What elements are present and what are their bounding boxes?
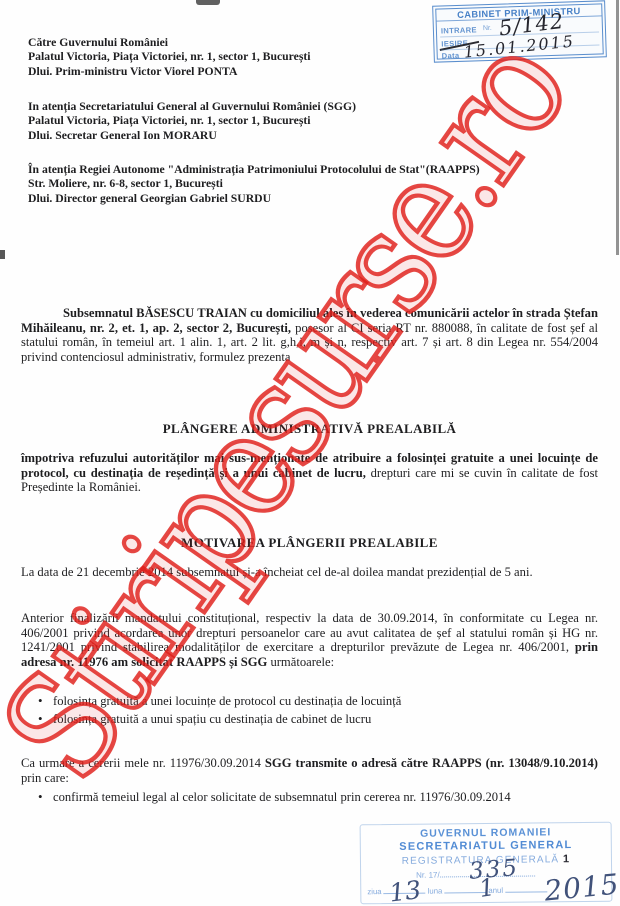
stamp-registratura-generala: GUVERNUL ROMANIEI SECRETARIATUL GENERAL … <box>360 822 613 905</box>
year-line <box>505 891 547 892</box>
recipient-line: Palatul Victoria, Piața Victoriei, nr. 1… <box>28 114 594 128</box>
recipient-line: Str. Moliere, nr. 6-8, sector 1, Bucureș… <box>28 177 594 191</box>
reply-regular-tail: prin care: <box>21 771 69 785</box>
stamp-data-label: Data <box>442 51 460 61</box>
registry-number: 1 <box>563 853 570 865</box>
stamp-nr-label: Nr. <box>483 25 492 32</box>
handwritten-day: 13 <box>388 875 423 906</box>
paragraph-intro: Subsemnatul BĂSESCU TRAIAN cu domiciliul… <box>21 306 598 365</box>
stamp-dept-line: SECRETARIATUL GENERAL <box>361 839 611 854</box>
reply-bold-segment: SGG transmite o adresă către RAAPPS (nr.… <box>265 756 598 770</box>
stamp-cabinet-prim-ministru: CABINET PRIM-MINISTRU INTRARE Nr. IEȘIRE… <box>432 0 607 62</box>
request-list: folosința gratuită a unei locuințe de pr… <box>21 694 598 730</box>
recipient-line: In atenția Secretariatului General al Gu… <box>28 100 594 114</box>
scan-artifact-left <box>0 250 5 259</box>
recipient-line: Dlui. Secretar General Ion MORARU <box>28 129 594 143</box>
paragraph-sgg-reply: Ca urmare a cererii mele nr. 11976/30.09… <box>21 756 598 785</box>
list-item: folosința gratuită a unui spațiu cu dest… <box>21 712 598 727</box>
stamp-intrare-label: INTRARE <box>441 25 477 35</box>
paragraph-legal-basis: Anterior finalizării mandatului constitu… <box>21 611 598 670</box>
title-motivare: MOTIVAREA PLÂNGERII PREALABILE <box>21 535 598 551</box>
handwritten-year: 2015 <box>543 867 620 906</box>
list-item: folosința gratuită a unei locuințe de pr… <box>21 694 598 709</box>
recipient-line: În atenția Regiei Autonome "Administrați… <box>28 163 594 177</box>
scan-artifact-right-edge <box>616 0 619 255</box>
paragraph-mandate-end: La data de 21 decembrie 2014 subsemnatul… <box>21 565 598 580</box>
recipient-block-raapps: În atenția Regiei Autonome "Administrați… <box>28 163 594 206</box>
confirmation-list: confirmă temeiul legal al celor solicita… <box>21 790 598 808</box>
title-plangere: PLÂNGERE ADMINISTRATIVĂ PREALABILĂ <box>21 421 598 437</box>
handwritten-registry-number: 335 <box>468 855 520 885</box>
month-label: luna <box>428 886 443 895</box>
recipient-block-sgg: In atenția Secretariatului General al Gu… <box>28 100 594 143</box>
legal-regular-segment: Anterior finalizării mandatului constitu… <box>21 611 598 654</box>
recipient-line: Dlui. Director general Georgian Gabriel … <box>28 192 594 206</box>
recipient-line: Dlui. Prim-ministru Victor Viorel PONTA <box>28 65 594 79</box>
legal-regular-tail: următoarele: <box>267 655 334 669</box>
paragraph-object: împotriva refuzului autorităților mai su… <box>21 451 598 495</box>
day-label: ziua <box>367 887 381 896</box>
document-page: Către Guvernului României Palatul Victor… <box>0 0 620 906</box>
scan-artifact-top <box>196 0 220 5</box>
reply-regular-segment: Ca urmare a cererii mele nr. 11976/30.09… <box>21 756 265 770</box>
list-item: confirmă temeiul legal al celor solicita… <box>21 790 598 805</box>
